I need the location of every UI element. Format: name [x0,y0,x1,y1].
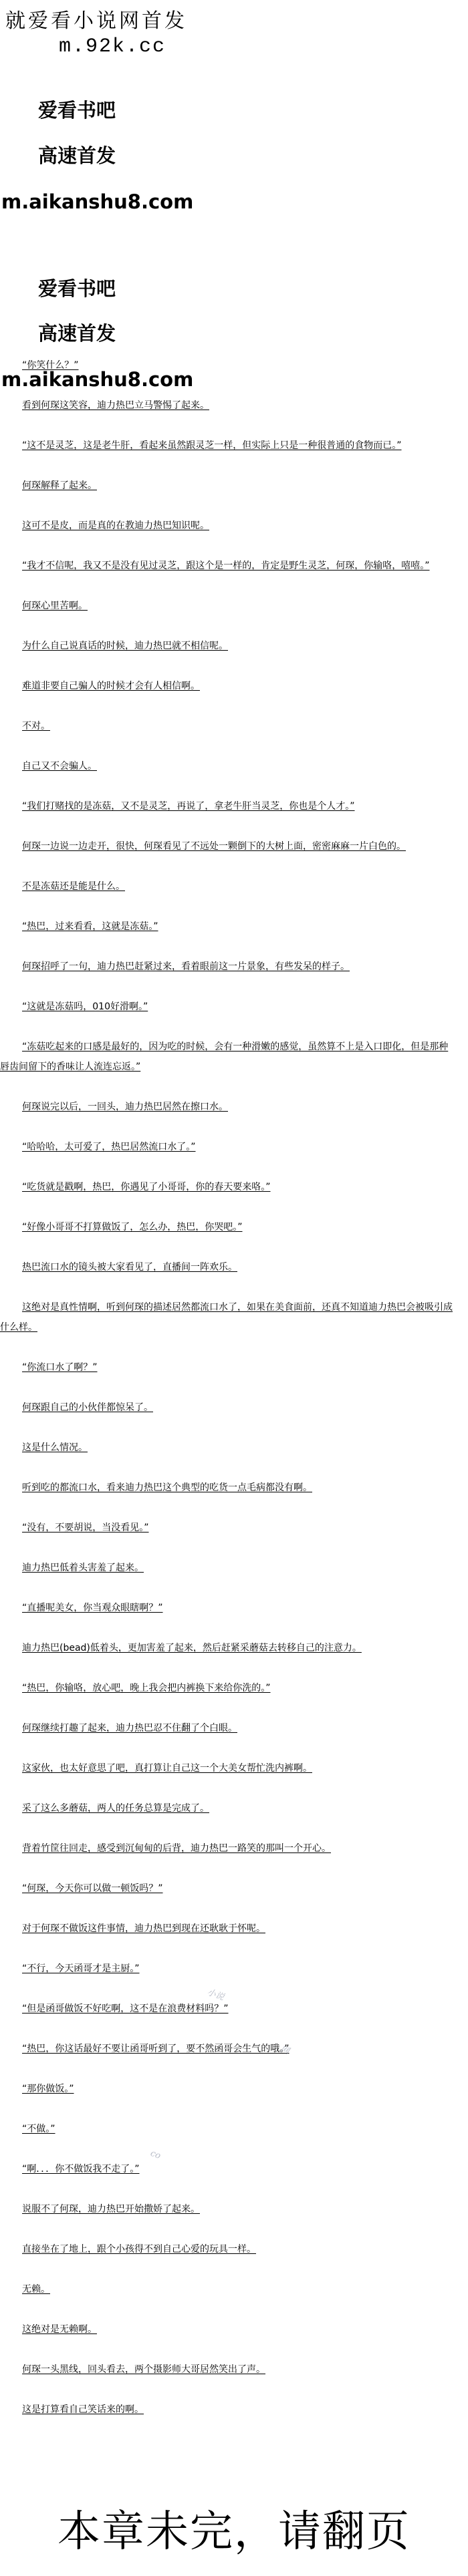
paragraph: “没有，不要胡说，当没看见。” [0,1518,455,1538]
paragraph-text: 不是冻菇还是能是什么。 [22,881,125,892]
paragraph: “我们打赌找的是冻菇，又不是灵芝，再说了，拿老牛肝当灵芝，你也是个人才。” [0,796,455,816]
paragraph-text: 为什么自己说真话的时候，迪力热巴就不相信呢。 [22,641,228,651]
paragraph: 这绝对是无赖啊。 [0,2319,455,2340]
site-title: 就爱看小说网首发 [5,9,187,33]
paragraph: 何琛说完以后，一回头，迪力热巴居然在擦口水。 [0,1097,455,1117]
paragraph-text: 何琛说完以后，一回头，迪力热巴居然在擦口水。 [22,1102,228,1112]
site-url: m.92k.cc [59,35,166,59]
paragraph-text: “啊．．．你不做饭我不走了。” [22,2164,140,2175]
paragraph-text: 看到何琛这笑容，迪力热巴立马警惕了起来。 [22,400,209,411]
paragraph-text: “没有，不要胡说，当没看见。” [22,1522,149,1533]
paragraph: “冻菇吃起来的口感是最好的，因为吃的时候，会有一种滑嫩的感觉，虽然算不上是入口即… [0,1037,455,1077]
paragraph-text: “不行，今天函哥才是主厨。” [22,1963,140,1974]
paragraph: 背着竹筐往回走，感受到沉甸甸的后背，迪力热巴一路笑的那叫一个开心。 [0,1838,455,1859]
chapter-content: “你笑什么？”看到何琛这笑容，迪力热巴立马警惕了起来。“这不是灵芝，这是老牛肝，… [0,355,455,2440]
paragraph: 不对。 [0,716,455,736]
paragraph: 无赖。 [0,2279,455,2299]
paragraph: 这是什么情况。 [0,1438,455,1458]
promo-name: 爱看书吧 [38,277,116,300]
paragraph-text: 何琛跟自己的小伙伴都惊呆了。 [22,1402,153,1413]
paragraph-text: 何琛继续打趣了起来，迪力热巴忍不住翻了个白眼。 [22,1723,237,1734]
paragraph-text: “我才不信呢，我又不是没有见过灵芝，跟这个是一样的，肯定是野生灵芝，何琛，你输咯… [22,560,430,571]
paragraph: “热巴，过来看看，这就是冻菇。” [0,917,455,937]
paragraph-text: “不做。” [22,2124,55,2134]
paragraph-text: 自己又不会骗人。 [22,761,97,772]
paragraph-text: “好像小哥哥不打算做饭了，怎么办，热巴，你哭吧。” [22,1222,243,1233]
paragraph: 采了这么多蘑菇，两人的任务总算是完成了。 [0,1798,455,1818]
paragraph-text: 何琛招呼了一句，迪力热巴赶紧过来，看着眼前这一片景象，有些发呆的样子。 [22,961,350,972]
paragraph-text: “你笑什么？” [22,360,79,371]
paragraph: 何琛跟自己的小伙伴都惊呆了。 [0,1398,455,1418]
paragraph-text: “直播呢美女，你当观众眼瞎啊？” [22,1603,163,1613]
paragraph-text: 这家伙，也太好意思了吧，真打算让自己这一个大美女帮忙洗内裤啊。 [22,1763,312,1774]
paragraph-text: “这就是冻菇吗，010好滑啊。” [22,1001,148,1012]
paragraph-text: 难道非要自己骗人的时候才会有人相信啊。 [22,681,200,691]
paragraph-text: 这是打算看自己笑话来的啊。 [22,2404,144,2415]
paragraph: 对于何琛不做饭这件事情，迪力热巴到现在还耿耿于怀呢。 [0,1919,455,1939]
promo-domain: m.aikanshu8.com [1,190,193,213]
paragraph: 看到何琛这笑容，迪力热巴立马警惕了起来。 [0,395,455,416]
paragraph: 直接坐在了地上，跟个小孩得不到自己心爱的玩具一样。 [0,2239,455,2259]
paragraph: “好像小哥哥不打算做饭了，怎么办，热巴，你哭吧。” [0,1217,455,1237]
paragraph-text: 何琛一头黑线，回头看去，两个摄影师大哥居然笑出了声。 [22,2364,265,2375]
paragraph-text: 采了这么多蘑菇，两人的任务总算是完成了。 [22,1803,209,1814]
paragraph: “你笑什么？” [0,355,455,375]
paragraph: “你流口水了啊？” [0,1357,455,1378]
paragraph: “这就是冻菇吗，010好滑啊。” [0,997,455,1017]
paragraph-text: 何琛一边说一边走开，很快，何琛看见了不远处一颗倒下的大树上面，密密麻麻一片白色的… [22,841,406,852]
paragraph-text: 这可不是皮，而是真的在教迪力热巴知识呢。 [22,520,209,531]
paragraph: 为什么自己说真话的时候，迪力热巴就不相信呢。 [0,636,455,656]
paragraph: “不做。” [0,2119,455,2139]
paragraph: 这绝对是真性情啊，听到何琛的描述居然都流口水了，如果在美食面前，还真不知道迪力热… [0,1297,455,1337]
promo-tagline: 高速首发 [38,322,116,345]
paragraph: “不行，今天函哥才是主厨。” [0,1959,455,1979]
paragraph-text: “吃货就是戳啊，热巴，你遇见了小哥哥，你的春天要来咯。” [22,1182,271,1192]
paragraph-text: “这不是灵芝，这是老牛肝，看起来虽然跟灵芝一样，但实际上只是一种很普通的食物而已… [22,440,402,451]
paragraph-text: 不对。 [22,721,50,732]
paragraph: 说服不了何琛，迪力热巴开始撒娇了起来。 [0,2199,455,2219]
paragraph: “啊．．．你不做饭我不走了。” [0,2159,455,2179]
paragraph: 迪力热巴低着头害羞了起来。 [0,1558,455,1578]
paragraph: 难道非要自己骗人的时候才会有人相信啊。 [0,676,455,696]
paragraph-text: “热巴，你输咯，放心吧，晚上我会把内裤换下来给你洗的。” [22,1683,271,1694]
chapter-unfinished-notice[interactable]: 本章未完，请翻页 [0,2505,468,2559]
paragraph-text: 迪力热巴(bead)低着头，更加害羞了起来，然后赶紧采蘑菇去转移自己的注意力。 [22,1643,362,1653]
paragraph-text: 说服不了何琛，迪力热巴开始撒娇了起来。 [22,2204,200,2215]
paragraph: 迪力热巴(bead)低着头，更加害羞了起来，然后赶紧采蘑菇去转移自己的注意力。 [0,1638,455,1658]
paragraph-text: 这是什么情况。 [22,1442,88,1453]
paragraph: “我才不信呢，我又不是没有见过灵芝，跟这个是一样的，肯定是野生灵芝，何琛，你输咯… [0,556,455,576]
paragraph-text: “我们打赌找的是冻菇，又不是灵芝，再说了，拿老牛肝当灵芝，你也是个人才。” [22,801,355,812]
paragraph-text: 何琛解释了起来。 [22,480,97,491]
paragraph-text: 对于何琛不做饭这件事情，迪力热巴到现在还耿耿于怀呢。 [22,1923,265,1934]
paragraph: “那你做饭。” [0,2079,455,2099]
paragraph: “吃货就是戳啊，热巴，你遇见了小哥哥，你的春天要来咯。” [0,1177,455,1197]
paragraph-text: 直接坐在了地上，跟个小孩得不到自己心爱的玩具一样。 [22,2244,256,2255]
paragraph: 何琛继续打趣了起来，迪力热巴忍不住翻了个白眼。 [0,1718,455,1738]
paragraph-text: 迪力热巴低着头害羞了起来。 [22,1563,144,1573]
paragraph: 这家伙，也太好意思了吧，真打算让自己这一个大美女帮忙洗内裤啊。 [0,1758,455,1778]
paragraph-text: 这绝对是真性情啊，听到何琛的描述居然都流口水了，如果在美食面前，还真不知道迪力热… [0,1302,453,1333]
paragraph-text: “冻菇吃起来的口感是最好的，因为吃的时候，会有一种滑嫩的感觉，虽然算不上是入口即… [0,1041,448,1072]
paragraph-text: 听到吃的都流口水，看来迪力热巴这个典型的吃货一点毛病都没有啊。 [22,1482,312,1493]
paragraph-text: “热巴，你这话最好不要让函哥听到了，要不然函哥会生气的哦。” [22,2044,289,2054]
paragraph: “但是函哥做饭不好吃啊，这不是在浪费材料吗？” [0,1999,455,2019]
paragraph: 何琛招呼了一句，迪力热巴赶紧过来，看着眼前这一片景象，有些发呆的样子。 [0,957,455,977]
paragraph-text: 背着竹筐往回走，感受到沉甸甸的后背，迪力热巴一路笑的那叫一个开心。 [22,1843,331,1854]
paragraph-text: “那你做饭。” [22,2084,74,2094]
paragraph: “直播呢美女，你当观众眼瞎啊？” [0,1598,455,1618]
paragraph: 何琛解释了起来。 [0,476,455,496]
paragraph: 热巴流口水的镜头被大家看见了，直播间一阵欢乐。 [0,1257,455,1277]
paragraph: 听到吃的都流口水，看来迪力热巴这个典型的吃货一点毛病都没有啊。 [0,1478,455,1498]
paragraph-text: 这绝对是无赖啊。 [22,2324,97,2335]
paragraph: 这是打算看自己笑话来的啊。 [0,2400,455,2420]
paragraph: “何琛，今天你可以做一顿饭吗？” [0,1879,455,1899]
paragraph-text: 何琛心里苦啊。 [22,601,88,611]
paragraph: “这不是灵芝，这是老牛肝，看起来虽然跟灵芝一样，但实际上只是一种很普通的食物而已… [0,436,455,456]
paragraph-text: “何琛，今天你可以做一顿饭吗？” [22,1883,163,1894]
paragraph: 不是冻菇还是能是什么。 [0,876,455,897]
promo-name: 爱看书吧 [38,99,116,122]
paragraph: 何琛一头黑线，回头看去，两个摄影师大哥居然笑出了声。 [0,2360,455,2380]
paragraph: 何琛一边说一边走开，很快，何琛看见了不远处一颗倒下的大树上面，密密麻麻一片白色的… [0,836,455,856]
paragraph-text: “但是函哥做饭不好吃啊，这不是在浪费材料吗？” [22,2003,229,2014]
paragraph: “热巴，你输咯，放心吧，晚上我会把内裤换下来给你洗的。” [0,1678,455,1698]
promo-tagline: 高速首发 [38,144,116,167]
paragraph-text: 热巴流口水的镜头被大家看见了，直播间一阵欢乐。 [22,1262,237,1273]
paragraph-text: “热巴，过来看看，这就是冻菇。” [22,921,158,932]
paragraph-text: “你流口水了啊？” [22,1362,98,1373]
paragraph: “哈哈哈，太可爱了，热巴居然流口水了。” [0,1137,455,1157]
paragraph: 自己又不会骗人。 [0,756,455,776]
paragraph-text: 无赖。 [22,2284,50,2295]
paragraph: 这可不是皮，而是真的在教迪力热巴知识呢。 [0,516,455,536]
paragraph: “热巴，你这话最好不要让函哥听到了，要不然函哥会生气的哦。” [0,2039,455,2059]
paragraph: 何琛心里苦啊。 [0,596,455,616]
paragraph-text: “哈哈哈，太可爱了，热巴居然流口水了。” [22,1142,196,1152]
